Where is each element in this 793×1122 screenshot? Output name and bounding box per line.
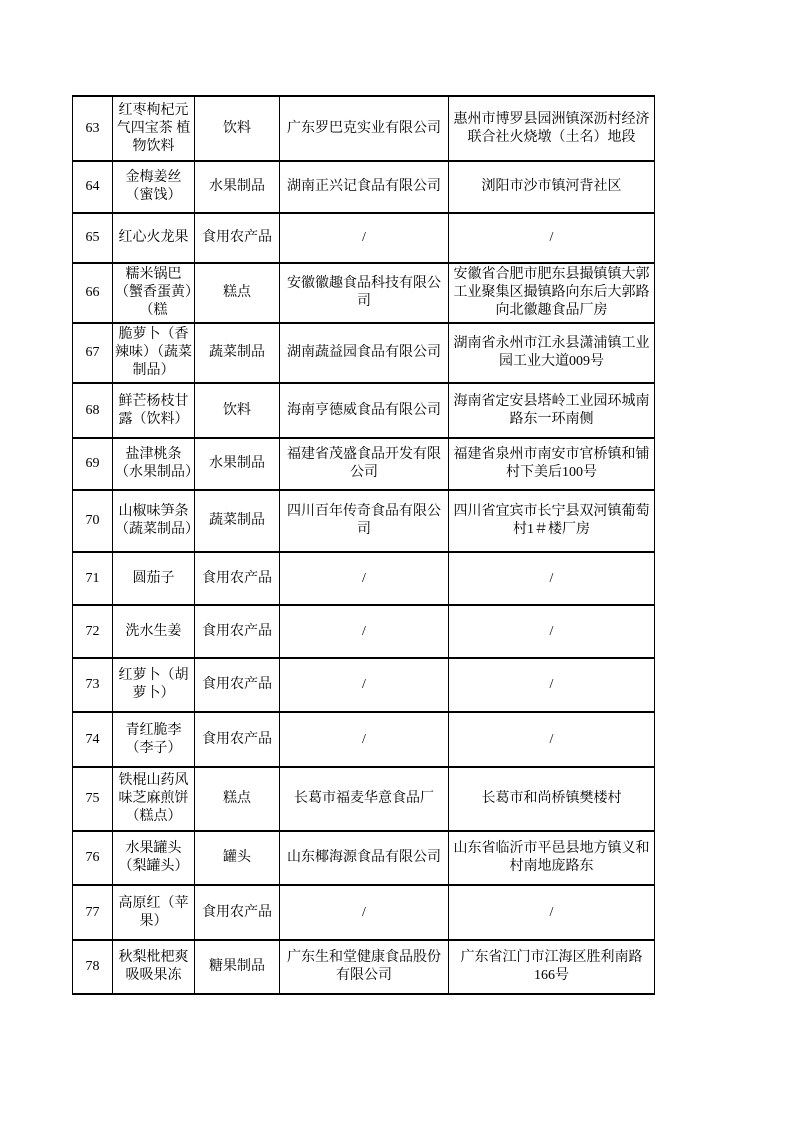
table-row: 74 青红脆李（李子） 食用农产品 / /	[73, 712, 655, 767]
table-row: 77 高原红（苹果） 食用农产品 / /	[73, 885, 655, 940]
table-row: 64 金梅姜丝（蜜饯） 水果制品 湖南正兴记食品有限公司 浏阳市沙市镇河背社区	[73, 161, 655, 213]
product-name-cell: 圆茄子	[113, 552, 195, 605]
product-name-cell: 糯米锅巴（蟹香蛋黄）（糕	[113, 263, 195, 323]
manufacturer-cell: 广东生和堂健康食品股份有限公司	[280, 940, 449, 994]
category-cell: 食用农产品	[195, 712, 280, 767]
manufacturer-cell: 山东椰海源食品有限公司	[280, 831, 449, 885]
category-cell: 糖果制品	[195, 940, 280, 994]
category-cell: 食用农产品	[195, 213, 280, 263]
table-row: 71 圆茄子 食用农产品 / /	[73, 552, 655, 605]
category-cell: 水果制品	[195, 438, 280, 490]
table-row: 68 鲜芒杨枝甘露（饮料） 饮料 海南亨德威食品有限公司 海南省定安县塔岭工业园…	[73, 383, 655, 438]
address-cell: 惠州市博罗县园洲镇深沥村经济联合社火烧墩（土名）地段	[449, 96, 655, 161]
category-cell: 食用农产品	[195, 552, 280, 605]
row-number-cell: 74	[73, 712, 113, 767]
product-name-cell: 水果罐头（梨罐头）	[113, 831, 195, 885]
manufacturer-cell: 长葛市福麦华意食品厂	[280, 767, 449, 831]
address-cell: /	[449, 658, 655, 712]
address-cell: 福建省泉州市南安市官桥镇和铺村下美后100号	[449, 438, 655, 490]
address-cell: 四川省宜宾市长宁县双河镇葡萄村1＃楼厂房	[449, 490, 655, 552]
address-cell: 长葛市和尚桥镇樊楼村	[449, 767, 655, 831]
manufacturer-cell: 四川百年传奇食品有限公司	[280, 490, 449, 552]
row-number-cell: 75	[73, 767, 113, 831]
address-cell: /	[449, 712, 655, 767]
product-name-cell: 山椒味笋条（蔬菜制品）	[113, 490, 195, 552]
category-cell: 蔬菜制品	[195, 323, 280, 383]
address-cell: /	[449, 605, 655, 658]
product-name-cell: 铁棍山药风味芝麻煎饼（糕点）	[113, 767, 195, 831]
category-cell: 水果制品	[195, 161, 280, 213]
manufacturer-cell: /	[280, 605, 449, 658]
address-cell: /	[449, 885, 655, 940]
row-number-cell: 77	[73, 885, 113, 940]
row-number-cell: 67	[73, 323, 113, 383]
table-row: 65 红心火龙果 食用农产品 / /	[73, 213, 655, 263]
table-row: 73 红萝卜（胡萝卜） 食用农产品 / /	[73, 658, 655, 712]
manufacturer-cell: 海南亨德威食品有限公司	[280, 383, 449, 438]
document-page: 63 红枣枸杞元气四宝茶 植物饮料 饮料 广东罗巴克实业有限公司 惠州市博罗县园…	[0, 0, 793, 1122]
manufacturer-cell: 安徽徽趣食品科技有限公司	[280, 263, 449, 323]
manufacturer-cell: /	[280, 712, 449, 767]
row-number-cell: 78	[73, 940, 113, 994]
product-name-cell: 盐津桃条（水果制品）	[113, 438, 195, 490]
row-number-cell: 68	[73, 383, 113, 438]
address-cell: 安徽省合肥市肥东县撮镇镇大郭工业聚集区撮镇路向东后大郭路向北徽趣食品厂房	[449, 263, 655, 323]
manufacturer-cell: 湖南蔬益园食品有限公司	[280, 323, 449, 383]
row-number-cell: 66	[73, 263, 113, 323]
table-row: 75 铁棍山药风味芝麻煎饼（糕点） 糕点 长葛市福麦华意食品厂 长葛市和尚桥镇樊…	[73, 767, 655, 831]
address-cell: 浏阳市沙市镇河背社区	[449, 161, 655, 213]
manufacturer-cell: 湖南正兴记食品有限公司	[280, 161, 449, 213]
table-row: 66 糯米锅巴（蟹香蛋黄）（糕 糕点 安徽徽趣食品科技有限公司 安徽省合肥市肥东…	[73, 263, 655, 323]
category-cell: 糕点	[195, 263, 280, 323]
product-name-cell: 红萝卜（胡萝卜）	[113, 658, 195, 712]
product-name-cell: 脆萝卜（香辣味）（蔬菜制品）	[113, 323, 195, 383]
category-cell: 蔬菜制品	[195, 490, 280, 552]
product-name-cell: 红心火龙果	[113, 213, 195, 263]
product-name-cell: 鲜芒杨枝甘露（饮料）	[113, 383, 195, 438]
product-name-cell: 红枣枸杞元气四宝茶 植物饮料	[113, 96, 195, 161]
address-cell: 广东省江门市江海区胜利南路166号	[449, 940, 655, 994]
address-cell: /	[449, 552, 655, 605]
row-number-cell: 69	[73, 438, 113, 490]
product-name-cell: 洗水生姜	[113, 605, 195, 658]
category-cell: 罐头	[195, 831, 280, 885]
category-cell: 食用农产品	[195, 658, 280, 712]
product-name-cell: 金梅姜丝（蜜饯）	[113, 161, 195, 213]
manufacturer-cell: /	[280, 552, 449, 605]
product-name-cell: 秋梨枇杷爽吸吸果冻	[113, 940, 195, 994]
product-name-cell: 青红脆李（李子）	[113, 712, 195, 767]
table-row: 78 秋梨枇杷爽吸吸果冻 糖果制品 广东生和堂健康食品股份有限公司 广东省江门市…	[73, 940, 655, 994]
table-row: 67 脆萝卜（香辣味）（蔬菜制品） 蔬菜制品 湖南蔬益园食品有限公司 湖南省永州…	[73, 323, 655, 383]
category-cell: 食用农产品	[195, 605, 280, 658]
table-row: 76 水果罐头（梨罐头） 罐头 山东椰海源食品有限公司 山东省临沂市平邑县地方镇…	[73, 831, 655, 885]
category-cell: 饮料	[195, 383, 280, 438]
address-cell: /	[449, 213, 655, 263]
manufacturer-cell: /	[280, 885, 449, 940]
row-number-cell: 71	[73, 552, 113, 605]
row-number-cell: 63	[73, 96, 113, 161]
address-cell: 海南省定安县塔岭工业园环城南路东一环南侧	[449, 383, 655, 438]
manufacturer-cell: 福建省茂盛食品开发有限公司	[280, 438, 449, 490]
row-number-cell: 64	[73, 161, 113, 213]
table-row: 63 红枣枸杞元气四宝茶 植物饮料 饮料 广东罗巴克实业有限公司 惠州市博罗县园…	[73, 96, 655, 161]
category-cell: 饮料	[195, 96, 280, 161]
table-body: 63 红枣枸杞元气四宝茶 植物饮料 饮料 广东罗巴克实业有限公司 惠州市博罗县园…	[73, 96, 655, 994]
table-row: 69 盐津桃条（水果制品） 水果制品 福建省茂盛食品开发有限公司 福建省泉州市南…	[73, 438, 655, 490]
row-number-cell: 72	[73, 605, 113, 658]
address-cell: 湖南省永州市江永县潇浦镇工业园工业大道009号	[449, 323, 655, 383]
category-cell: 糕点	[195, 767, 280, 831]
address-cell: 山东省临沂市平邑县地方镇义和村南地庞路东	[449, 831, 655, 885]
sampled-products-table: 63 红枣枸杞元气四宝茶 植物饮料 饮料 广东罗巴克实业有限公司 惠州市博罗县园…	[72, 95, 655, 995]
table-row: 70 山椒味笋条（蔬菜制品） 蔬菜制品 四川百年传奇食品有限公司 四川省宜宾市长…	[73, 490, 655, 552]
table-row: 72 洗水生姜 食用农产品 / /	[73, 605, 655, 658]
product-name-cell: 高原红（苹果）	[113, 885, 195, 940]
manufacturer-cell: /	[280, 658, 449, 712]
category-cell: 食用农产品	[195, 885, 280, 940]
manufacturer-cell: 广东罗巴克实业有限公司	[280, 96, 449, 161]
row-number-cell: 65	[73, 213, 113, 263]
row-number-cell: 76	[73, 831, 113, 885]
row-number-cell: 70	[73, 490, 113, 552]
manufacturer-cell: /	[280, 213, 449, 263]
row-number-cell: 73	[73, 658, 113, 712]
